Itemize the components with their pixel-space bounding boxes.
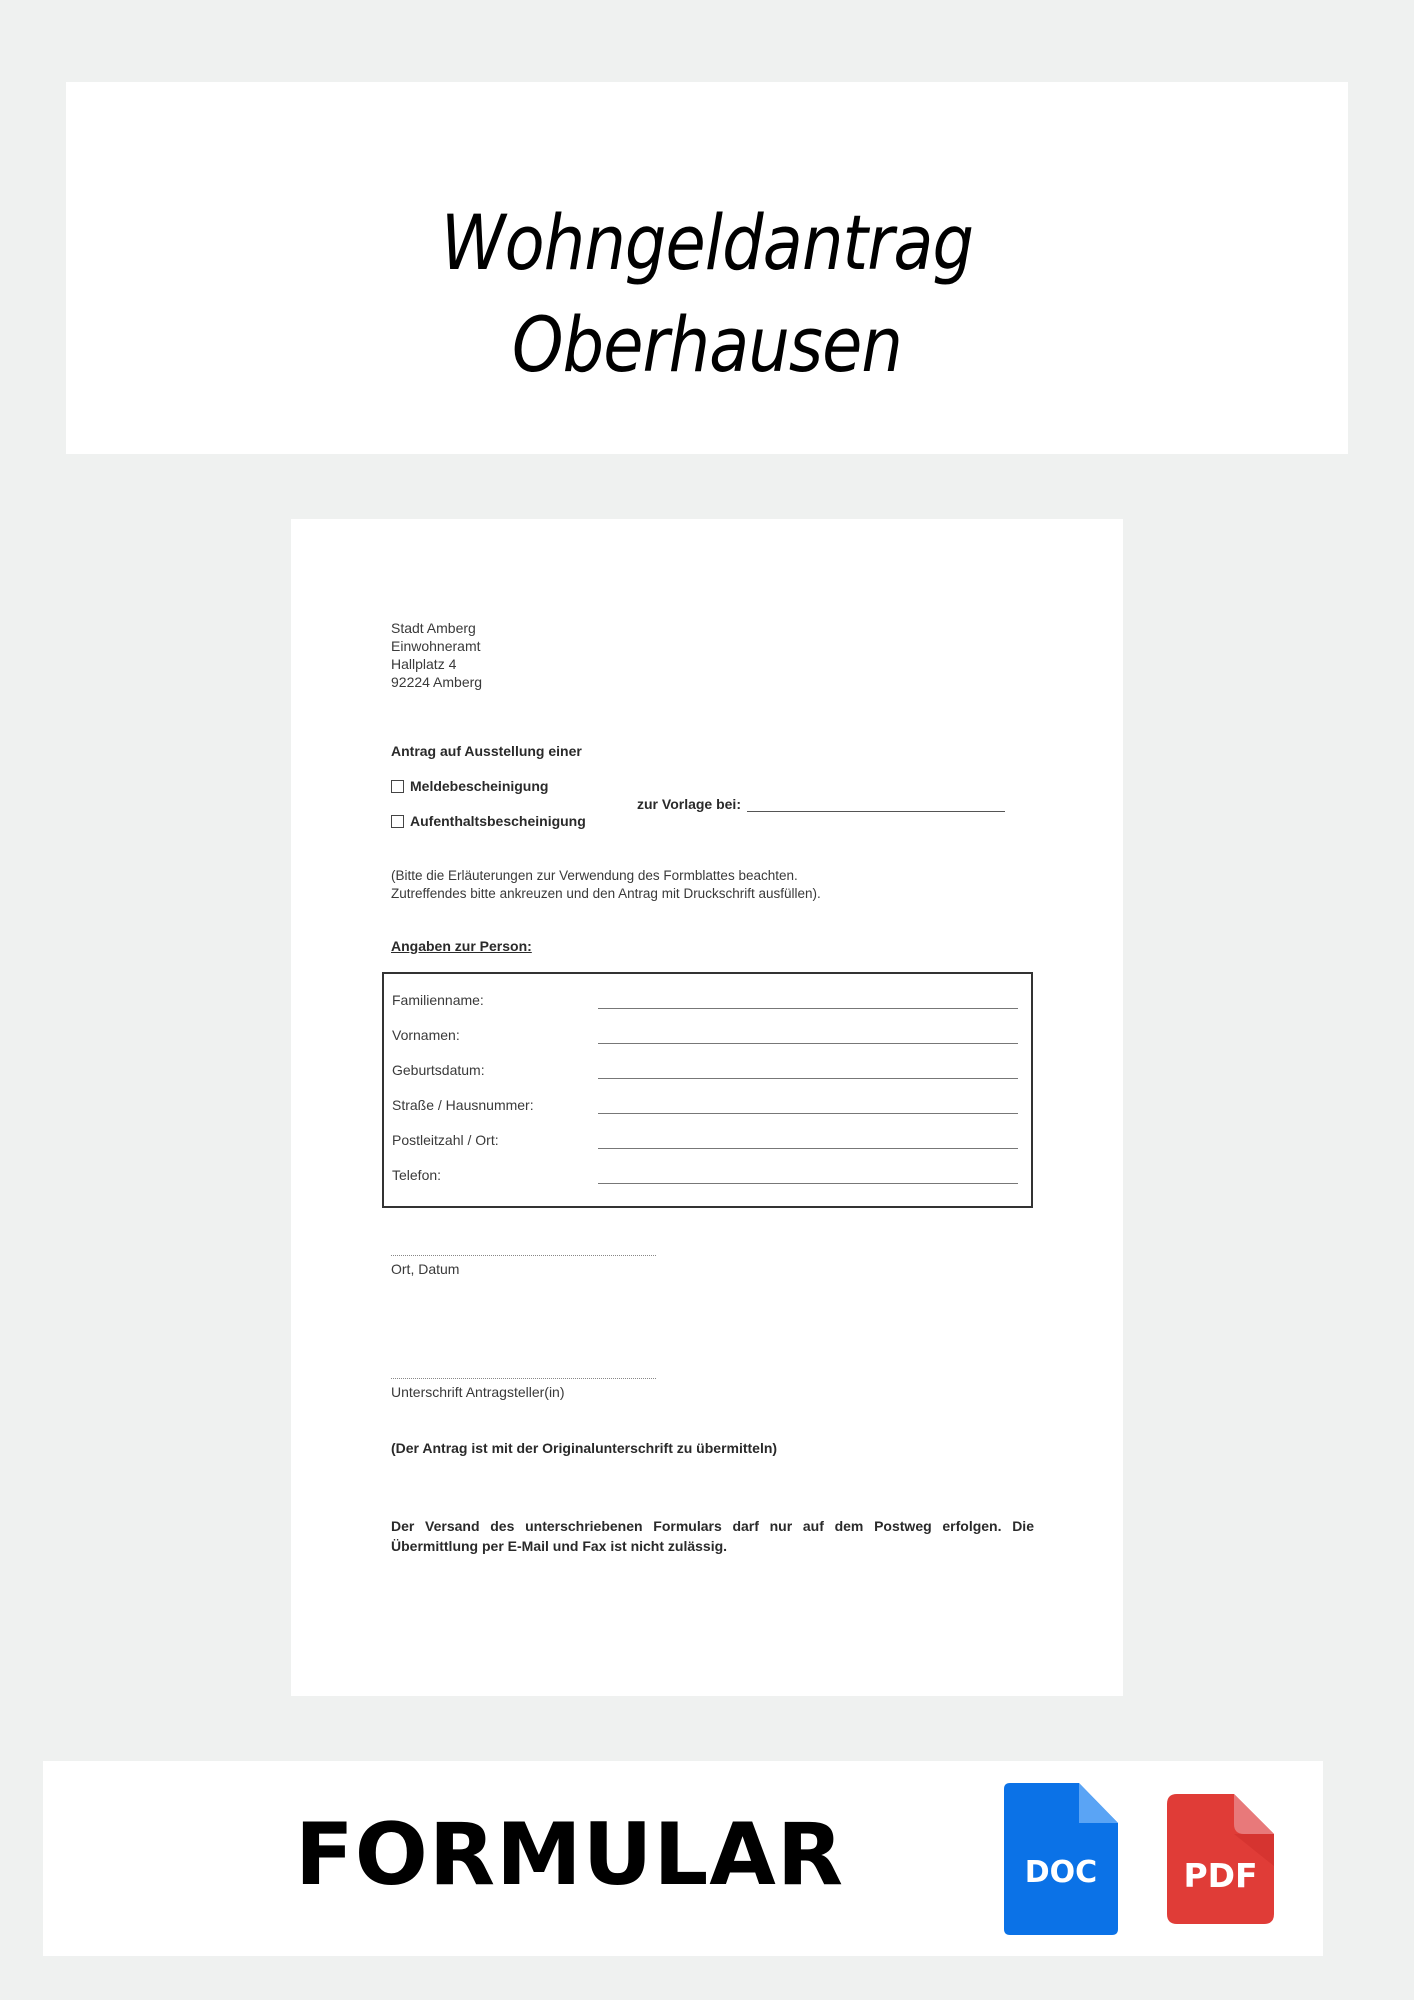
recipient-address: Stadt Amberg Einwohneramt Hallplatz 4 92… — [391, 619, 482, 691]
instructions-line: Zutreffendes bitte ankreuzen und den Ant… — [391, 885, 821, 903]
field-label: Geburtsdatum: — [392, 1062, 485, 1078]
field-vornamen: Vornamen: — [392, 1027, 1031, 1047]
field-telefon: Telefon: — [392, 1167, 1031, 1187]
place-date-label: Ort, Datum — [391, 1261, 459, 1277]
field-input-line[interactable] — [598, 1078, 1018, 1079]
field-geburtsdatum: Geburtsdatum: — [392, 1062, 1031, 1082]
field-input-line[interactable] — [598, 1183, 1018, 1184]
original-signature-note: (Der Antrag ist mit der Originaluntersch… — [391, 1440, 777, 1456]
field-postleitzahl-ort: Postleitzahl / Ort: — [392, 1132, 1031, 1152]
format-banner: FORMULAR DOC PDF — [43, 1761, 1323, 1956]
field-label: Straße / Hausnummer: — [392, 1097, 534, 1113]
field-label: Familienname: — [392, 992, 484, 1008]
title-line-2: Oberhausen — [156, 294, 1259, 396]
option-aufenthaltsbescheinigung[interactable]: Aufenthaltsbescheinigung — [391, 813, 586, 829]
field-label: Telefon: — [392, 1167, 441, 1183]
shipping-note: Der Versand des unterschriebenen Formula… — [391, 1516, 1034, 1556]
place-date-line[interactable] — [391, 1255, 656, 1256]
field-familienname: Familienname: — [392, 992, 1031, 1012]
vorlage-input-line[interactable] — [747, 797, 1005, 812]
field-input-line[interactable] — [598, 1113, 1018, 1114]
vorlage-label: zur Vorlage bei: — [637, 796, 741, 812]
option-label: Aufenthaltsbescheinigung — [410, 813, 586, 829]
signature-line[interactable] — [391, 1378, 656, 1379]
field-input-line[interactable] — [598, 1043, 1018, 1044]
person-section-heading: Angaben zur Person: — [391, 938, 532, 954]
instructions-line: (Bitte die Erläuterungen zur Verwendung … — [391, 867, 821, 885]
instructions-note: (Bitte die Erläuterungen zur Verwendung … — [391, 867, 821, 903]
address-line: 92224 Amberg — [391, 673, 482, 691]
field-strasse-hausnummer: Straße / Hausnummer: — [392, 1097, 1031, 1117]
field-label: Vornamen: — [392, 1027, 460, 1043]
doc-download-button[interactable]: DOC — [1004, 1783, 1118, 1935]
field-input-line[interactable] — [598, 1148, 1018, 1149]
address-line: Einwohneramt — [391, 637, 482, 655]
vorlage-field: zur Vorlage bei: — [637, 796, 1005, 812]
signature-label: Unterschrift Antragsteller(in) — [391, 1384, 565, 1400]
address-line: Hallplatz 4 — [391, 655, 482, 673]
page-title: Wohngeldantrag Oberhausen — [156, 192, 1259, 396]
formular-label: FORMULAR — [295, 1805, 844, 1905]
address-line: Stadt Amberg — [391, 619, 482, 637]
form-preview-page: Stadt Amberg Einwohneramt Hallplatz 4 92… — [291, 519, 1123, 1696]
doc-label: DOC — [1004, 1855, 1118, 1890]
title-line-1: Wohngeldantrag — [156, 192, 1259, 294]
checkbox[interactable] — [391, 780, 404, 793]
request-heading: Antrag auf Ausstellung einer — [391, 743, 582, 759]
field-input-line[interactable] — [598, 1008, 1018, 1009]
checkbox[interactable] — [391, 815, 404, 828]
pdf-download-button[interactable]: PDF — [1167, 1794, 1274, 1924]
option-label: Meldebescheinigung — [410, 778, 548, 794]
person-fields-box: Familienname: Vornamen: Geburtsdatum: St… — [382, 972, 1033, 1208]
title-card: Wohngeldantrag Oberhausen — [66, 82, 1348, 454]
pdf-label: PDF — [1167, 1856, 1274, 1895]
option-meldebescheinigung[interactable]: Meldebescheinigung — [391, 778, 548, 794]
field-label: Postleitzahl / Ort: — [392, 1132, 499, 1148]
